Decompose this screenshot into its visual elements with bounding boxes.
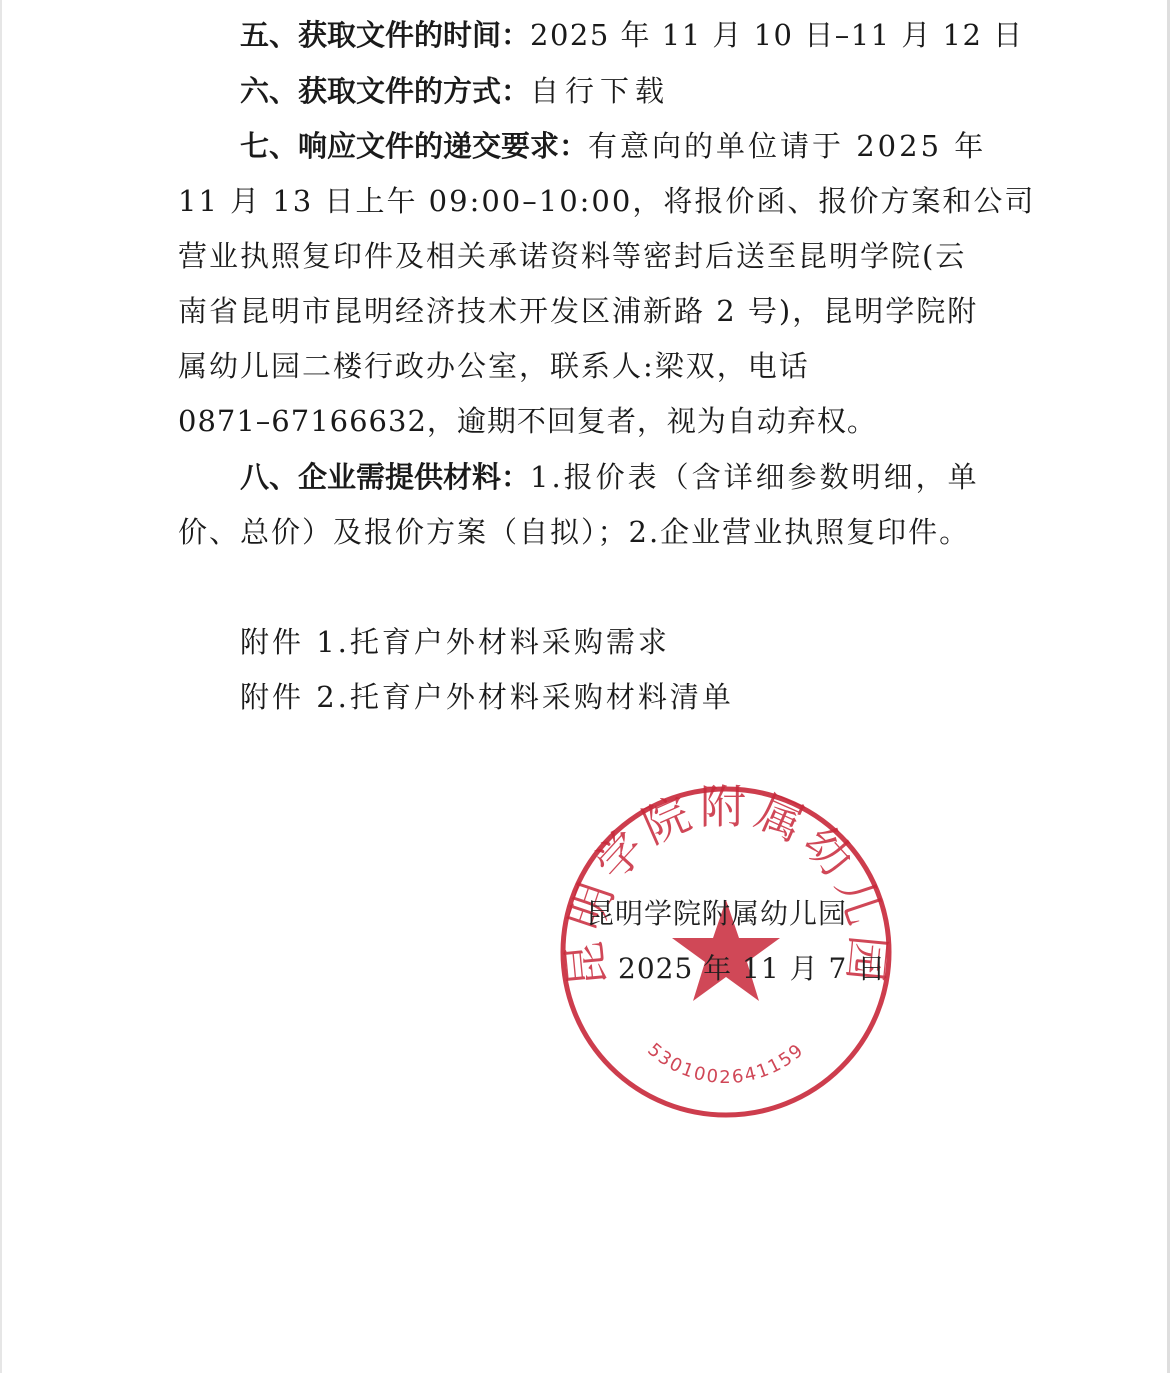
section-six: 六、获取文件的方式：自行下载 (240, 74, 670, 108)
section-eight-line-1: 八、企业需提供材料：1.报价表（含详细参数明细，单 (240, 460, 980, 494)
svg-text:5301002641159: 5301002641159 (643, 1039, 808, 1088)
section-six-heading: 六、获取文件的方式： (240, 74, 530, 108)
section-seven-heading: 七、响应文件的递交要求： (240, 129, 588, 163)
section-five-body: 2025 年 11 月 10 日–11 月 12 日 (530, 18, 1024, 52)
section-six-body: 自行下载 (530, 74, 670, 108)
section-seven-line-3: 营业执照复印件及相关承诺资料等密封后送至昆明学院(云 (178, 239, 966, 273)
section-seven-line-6: 0871–67166632，逾期不回复者，视为自动弃权。 (178, 404, 877, 438)
section-seven-line-4: 南省昆明市昆明经济技术开发区浦新路 2 号)，昆明学院附 (178, 294, 978, 328)
section-seven-line-1: 七、响应文件的递交要求：有意向的单位请于 2025 年 (240, 129, 986, 163)
signature-organization: 昆明学院附属幼儿园 (586, 898, 847, 930)
attachment-2: 附件 2.托育户外材料采购材料清单 (240, 680, 734, 714)
section-seven-line-5: 属幼儿园二楼行政办公室，联系人:梁双，电话 (178, 349, 810, 383)
section-eight-line-2: 价、总价）及报价方案（自拟）；2.企业营业执照复印件。 (178, 515, 970, 549)
section-seven-text: 有意向的单位请于 2025 年 (588, 129, 986, 163)
section-seven-line-2: 11 月 13 日上午 09:00–10:00，将报价函、报价方案和公司 (178, 184, 1035, 218)
signature-date: 2025 年 11 月 7 日 (618, 953, 886, 985)
section-five-heading: 五、获取文件的时间： (240, 18, 530, 52)
section-eight-heading: 八、企业需提供材料： (240, 460, 530, 494)
attachment-1: 附件 1.托育户外材料采购需求 (240, 625, 670, 659)
section-eight-text: 1.报价表（含详细参数明细，单 (530, 460, 980, 494)
section-five: 五、获取文件的时间：2025 年 11 月 10 日–11 月 12 日 (240, 18, 1024, 52)
page-left-edge (0, 0, 2, 1373)
